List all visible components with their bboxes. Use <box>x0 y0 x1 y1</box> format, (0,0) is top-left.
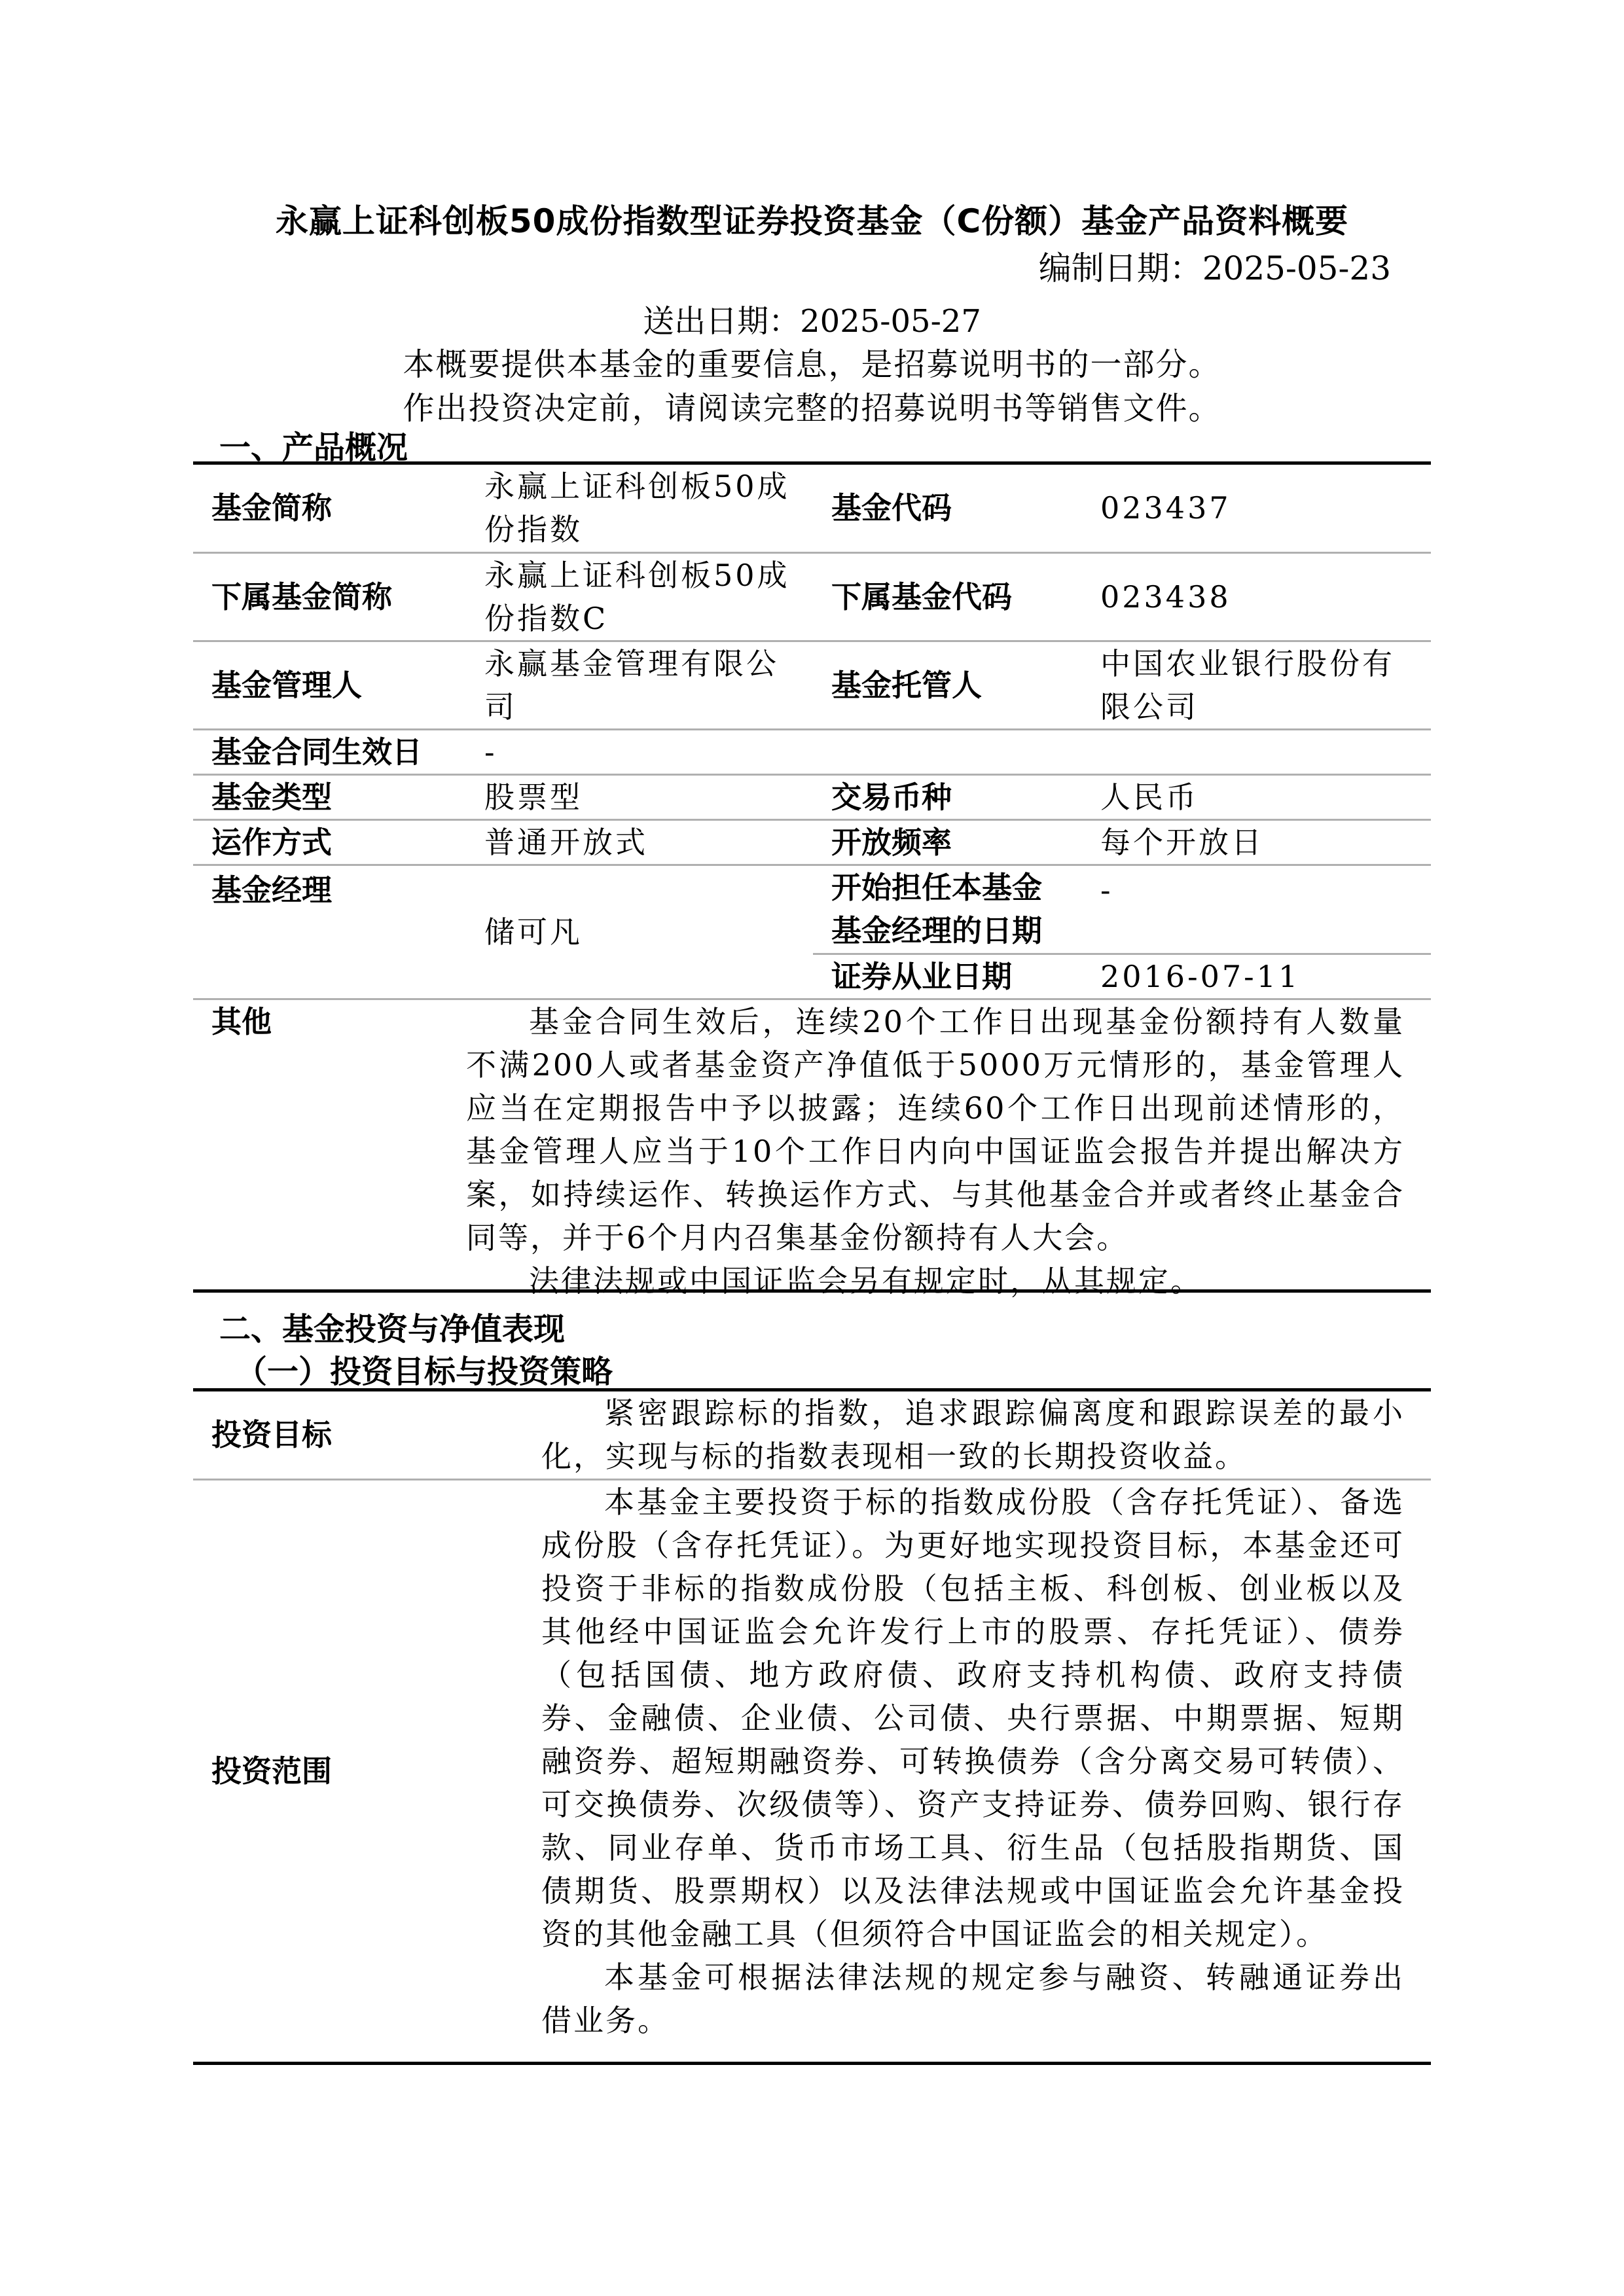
other-paragraph-2: 法律法规或中国证监会另有规定时，从其规定。 <box>466 1259 1405 1302</box>
row-label: 下属基金代码 <box>813 552 1082 641</box>
investment-table: 投资目标 紧密跟踪标的指数，追求跟踪偏离度和跟踪误差的最小化，实现与标的指数表现… <box>193 1391 1431 2062</box>
row-value: 普通开放式 <box>466 819 813 865</box>
row-value: 人民币 <box>1082 774 1431 819</box>
table-row-other: 其他 基金合同生效后，连续20个工作日出现基金份额持有人数量不满200人或者基金… <box>193 999 1431 1302</box>
notice-line-1: 本概要提供本基金的重要信息，是招募说明书的一部分。 <box>0 339 1624 384</box>
row-value: 2016-07-11 <box>1082 954 1431 999</box>
row-value: 股票型 <box>466 774 813 819</box>
row-value: - <box>466 729 1431 774</box>
scope-paragraph-1: 本基金主要投资于标的指数成份股（含存托凭证）、备选成份股（含存托凭证）。为更好地… <box>541 1480 1405 1956</box>
row-label: 基金代码 <box>813 465 1082 552</box>
row-label: 基金托管人 <box>813 641 1082 729</box>
row-value: 每个开放日 <box>1082 819 1431 865</box>
row-value: 023438 <box>1082 552 1431 641</box>
section-heading-investment-performance: 二、基金投资与净值表现 <box>219 1304 565 1349</box>
objective-text: 紧密跟踪标的指数，追求跟踪偏离度和跟踪误差的最小化，实现与标的指数表现相一致的长… <box>541 1391 1431 1479</box>
table-row: 基金管理人 永赢基金管理有限公司 基金托管人 中国农业银行股份有限公司 <box>193 641 1431 729</box>
manager-name: 储可凡 <box>466 865 813 999</box>
table-row: 基金简称 永赢上证科创板50成份指数 基金代码 023437 <box>193 465 1431 552</box>
row-value: 永赢上证科创板50成份指数 <box>466 465 813 552</box>
row-label: 证券从业日期 <box>813 954 1082 999</box>
other-text: 基金合同生效后，连续20个工作日出现基金份额持有人数量不满200人或者基金资产净… <box>466 999 1431 1302</box>
row-value: 永赢上证科创板50成份指数C <box>466 552 813 641</box>
row-value: 023437 <box>1082 465 1431 552</box>
row-label: 基金类型 <box>193 774 466 819</box>
row-label: 开始担任本基金基金经理的日期 <box>813 865 1082 954</box>
table-row: 基金类型 股票型 交易币种 人民币 <box>193 774 1431 819</box>
row-label: 交易币种 <box>813 774 1082 819</box>
subsection-heading-objective-strategy: （一）投资目标与投资策略 <box>236 1346 613 1391</box>
table-row-scope: 投资范围 本基金主要投资于标的指数成份股（含存托凭证）、备选成份股（含存托凭证）… <box>193 1479 1431 2062</box>
table-row: 运作方式 普通开放式 开放频率 每个开放日 <box>193 819 1431 865</box>
row-label: 投资范围 <box>193 1479 541 2062</box>
table-row-manager: 基金经理 储可凡 开始担任本基金基金经理的日期 - <box>193 865 1431 954</box>
row-label: 投资目标 <box>193 1391 541 1479</box>
scope-paragraph-2: 本基金可根据法律法规的规定参与融资、转融通证券出借业务。 <box>541 1956 1405 2042</box>
other-paragraph-1: 基金合同生效后，连续20个工作日出现基金份额持有人数量不满200人或者基金资产净… <box>466 1000 1405 1259</box>
table-bottom-rule <box>193 2062 1431 2065</box>
notice-line-2: 作出投资决定前，请阅读完整的招募说明书等销售文件。 <box>0 383 1624 428</box>
sent-date: 送出日期：2025-05-27 <box>0 296 1624 341</box>
compiled-date: 编制日期：2025-05-23 <box>1039 242 1391 289</box>
table-row-objective: 投资目标 紧密跟踪标的指数，追求跟踪偏离度和跟踪误差的最小化，实现与标的指数表现… <box>193 1391 1431 1479</box>
section-heading-product-overview: 一、产品概况 <box>219 422 408 467</box>
row-label: 基金合同生效日 <box>193 729 466 774</box>
row-label: 开放频率 <box>813 819 1082 865</box>
row-label: 下属基金简称 <box>193 552 466 641</box>
row-label: 其他 <box>193 999 466 1302</box>
document-title: 永赢上证科创板50成份指数型证券投资基金（C份额）基金产品资料概要 <box>0 195 1624 242</box>
scope-text: 本基金主要投资于标的指数成份股（含存托凭证）、备选成份股（含存托凭证）。为更好地… <box>541 1479 1431 2062</box>
row-label: 运作方式 <box>193 819 466 865</box>
table-bottom-rule <box>193 1289 1431 1293</box>
row-value: - <box>1082 865 1431 954</box>
row-label: 基金管理人 <box>193 641 466 729</box>
row-label: 基金简称 <box>193 465 466 552</box>
row-value: 永赢基金管理有限公司 <box>466 641 813 729</box>
table-row: 基金合同生效日 - <box>193 729 1431 774</box>
row-label: 基金经理 <box>193 865 466 999</box>
product-overview-table: 基金简称 永赢上证科创板50成份指数 基金代码 023437 下属基金简称 永赢… <box>193 465 1431 1302</box>
table-row: 下属基金简称 永赢上证科创板50成份指数C 下属基金代码 023438 <box>193 552 1431 641</box>
row-value: 中国农业银行股份有限公司 <box>1082 641 1431 729</box>
